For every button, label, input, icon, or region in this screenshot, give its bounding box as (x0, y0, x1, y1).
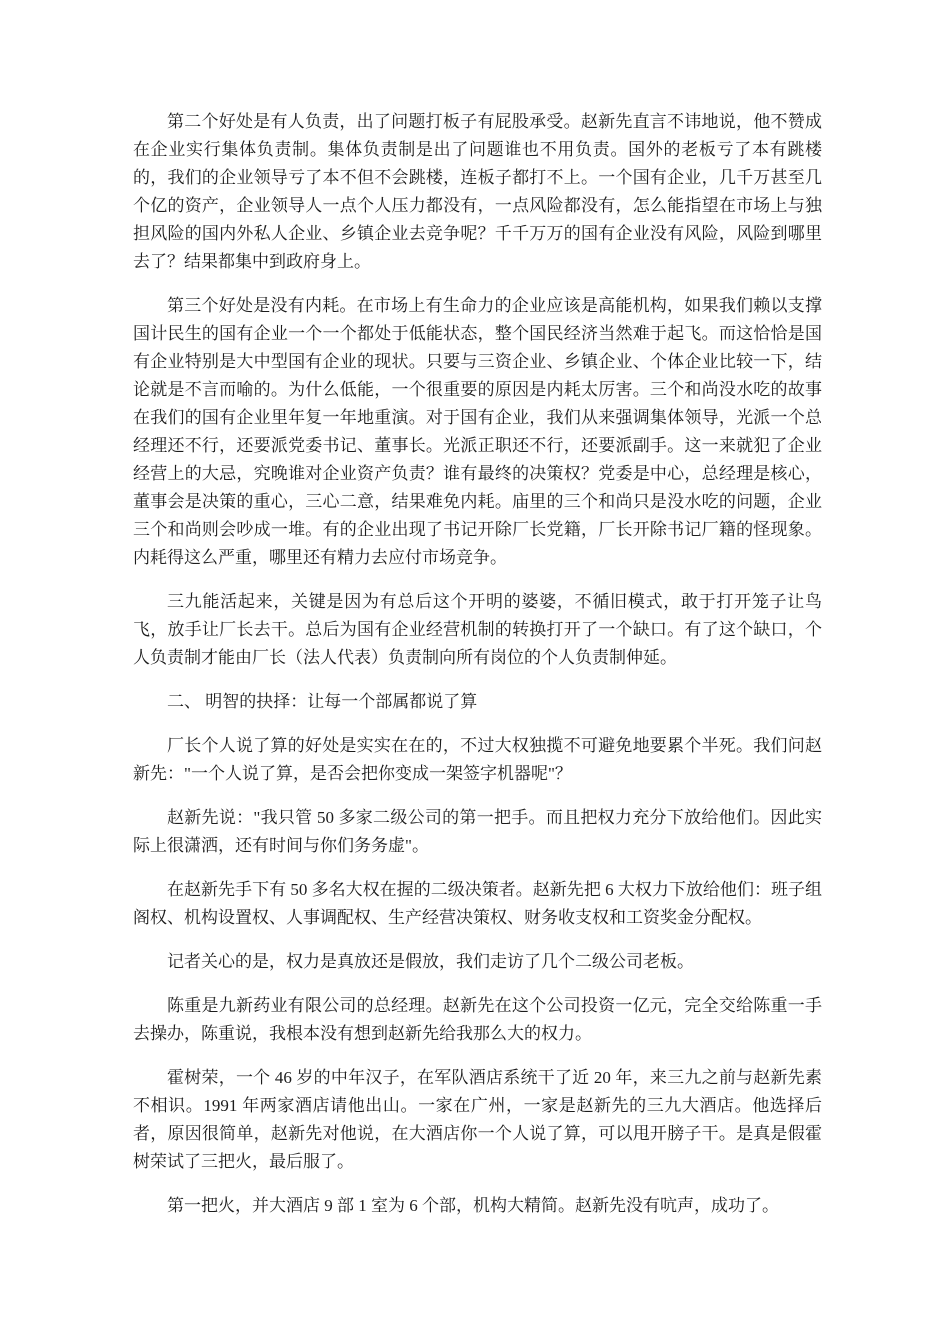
paragraph-first-fire: 第一把火，并大酒店 9 部 1 室为 6 个部，机构大精简。赵新先没有吭声，成功… (133, 1192, 822, 1220)
paragraph-sanjiu-revival: 三九能活起来，关键是因为有总后这个开明的婆婆，不循旧模式，敢于打开笼子让鸟飞，放… (133, 588, 822, 672)
paragraph-six-powers: 在赵新先手下有 50 多名大权在握的二级决策者。赵新先把 6 大权力下放给他们：… (133, 876, 822, 932)
paragraph-huo-shurong: 霍树荣，一个 46 岁的中年汉子，在军队酒店系统干了近 20 年，来三九之前与赵… (133, 1064, 822, 1176)
paragraph-chen-zhong: 陈重是九新药业有限公司的总经理。赵新先在这个公司投资一亿元，完全交给陈重一手去操… (133, 992, 822, 1048)
document-body: 第二个好处是有人负责，出了问题打板子有屁股承受。赵新先直言不讳地说，他不赞成在企… (133, 108, 822, 1220)
paragraph-zhao-quote: 赵新先说："我只管 50 多家二级公司的第一把手。而且把权力充分下放给他们。因此… (133, 804, 822, 860)
section-heading: 二、 明智的抉择：让每一个部属都说了算 (133, 688, 822, 716)
document-page: 第二个好处是有人负责，出了问题打板子有屁股承受。赵新先直言不讳地说，他不赞成在企… (0, 0, 950, 1344)
paragraph-third-benefit: 第三个好处是没有内耗。在市场上有生命力的企业应该是高能机构，如果我们赖以支撑国计… (133, 292, 822, 572)
paragraph-second-benefit: 第二个好处是有人负责，出了问题打板子有屁股承受。赵新先直言不讳地说，他不赞成在企… (133, 108, 822, 276)
paragraph-reporter-concern: 记者关心的是，权力是真放还是假放，我们走访了几个二级公司老板。 (133, 948, 822, 976)
paragraph-factory-director: 厂长个人说了算的好处是实实在在的，不过大权独揽不可避免地要累个半死。我们问赵新先… (133, 732, 822, 788)
